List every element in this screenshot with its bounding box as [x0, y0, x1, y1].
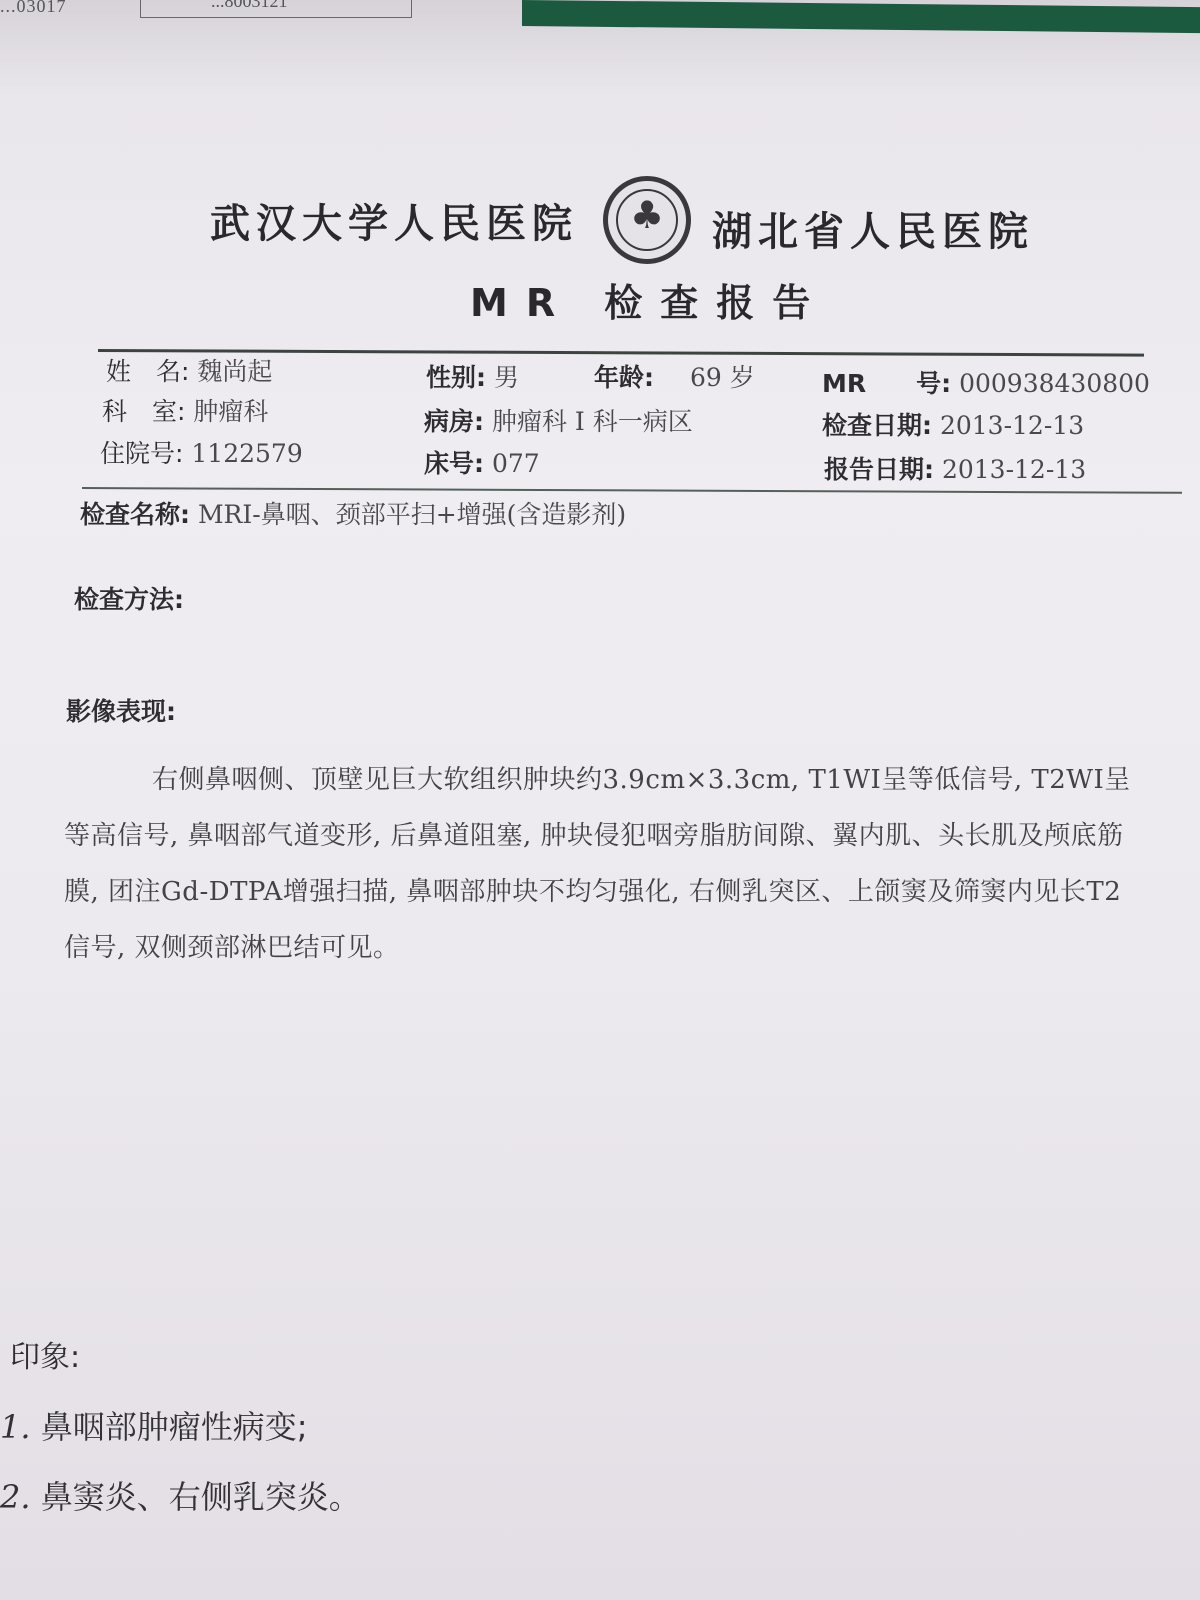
bed-label: 床号:: [424, 449, 484, 478]
mr-number-label: MR 号:: [822, 369, 951, 398]
exam-method-label: 检查方法:: [74, 580, 184, 616]
patient-name-label: 姓 名:: [106, 357, 189, 386]
findings-text: 右侧鼻咽侧、顶壁见巨大软组织肿块约3.9cm×3.3cm, T1WI呈等低信号,…: [64, 752, 1144, 976]
info-divider: [82, 487, 1182, 494]
underlying-sheet-number: ...03017: [0, 0, 140, 18]
impression-item: 2. 鼻窦炎、右侧乳突炎。: [0, 1472, 361, 1518]
bed-field: 床号: 077: [424, 444, 540, 480]
department-label: 科 室:: [102, 397, 185, 426]
mr-number-field: MR 号: 000938430800: [822, 364, 1150, 400]
report-paper: ...03017 ...8003121 武汉大学人民医院 ♣ 湖北省人民医院 M…: [0, 0, 1200, 1600]
impression-item-text: 鼻窦炎、右侧乳突炎。: [41, 1478, 361, 1516]
impression-item: 1. 鼻咽部肿瘤性病变;: [0, 1402, 308, 1448]
inpatient-number-field: 住院号: 1122579: [100, 434, 303, 470]
report-title: MR 检查报告: [470, 272, 828, 327]
exam-name-field: 检查名称: MRI-鼻咽、颈部平扫+增强(含造影剂): [80, 495, 626, 531]
exam-date-label: 检查日期:: [822, 411, 932, 440]
hospital-emblem-icon: ♣: [603, 176, 691, 264]
underlying-sheet-box: ...8003121: [140, 0, 412, 18]
department-value: 肿瘤科: [193, 397, 268, 426]
inpatient-number-value: 1122579: [191, 439, 302, 468]
sex-label: 性别:: [426, 363, 486, 392]
exam-date-field: 检查日期: 2013-12-13: [822, 406, 1084, 442]
ward-value: 肿瘤科 I 科一病区: [492, 407, 693, 436]
ward-label: 病房:: [424, 407, 484, 436]
emblem-trefoil-icon: ♣: [608, 195, 686, 235]
sex-field: 性别: 男: [426, 358, 519, 394]
impression-item-text: 鼻咽部肿瘤性病变;: [41, 1408, 308, 1446]
age-value: 69 岁: [690, 363, 755, 392]
hospital-name-left: 武汉大学人民医院: [210, 192, 578, 249]
impression-label: 印象:: [10, 1332, 80, 1376]
report-date-label: 报告日期:: [824, 455, 934, 484]
exam-name-value: MRI-鼻咽、颈部平扫+增强(含造影剂): [198, 500, 626, 529]
sex-value: 男: [494, 363, 519, 392]
green-folder-edge: [522, 0, 1200, 33]
patient-name-field: 姓 名: 魏尚起: [106, 352, 272, 388]
impression-item-number: 1.: [0, 1408, 31, 1446]
findings-label: 影像表现:: [66, 692, 176, 728]
hospital-name-right: 湖北省人民医院: [712, 200, 1034, 257]
patient-name-value: 魏尚起: [197, 357, 272, 386]
bed-value: 077: [492, 449, 540, 478]
ward-field: 病房: 肿瘤科 I 科一病区: [424, 402, 693, 438]
inpatient-number-label: 住院号:: [100, 439, 183, 468]
exam-name-label: 检查名称:: [80, 500, 190, 529]
impression-item-number: 2.: [0, 1478, 31, 1516]
report-date-value: 2013-12-13: [942, 455, 1086, 484]
report-date-field: 报告日期: 2013-12-13: [824, 450, 1086, 486]
age-field: 年龄: 69 岁: [594, 358, 755, 394]
age-label: 年龄:: [594, 363, 654, 392]
mr-number-value: 000938430800: [959, 369, 1150, 398]
department-field: 科 室: 肿瘤科: [102, 392, 268, 428]
exam-date-value: 2013-12-13: [940, 411, 1084, 440]
